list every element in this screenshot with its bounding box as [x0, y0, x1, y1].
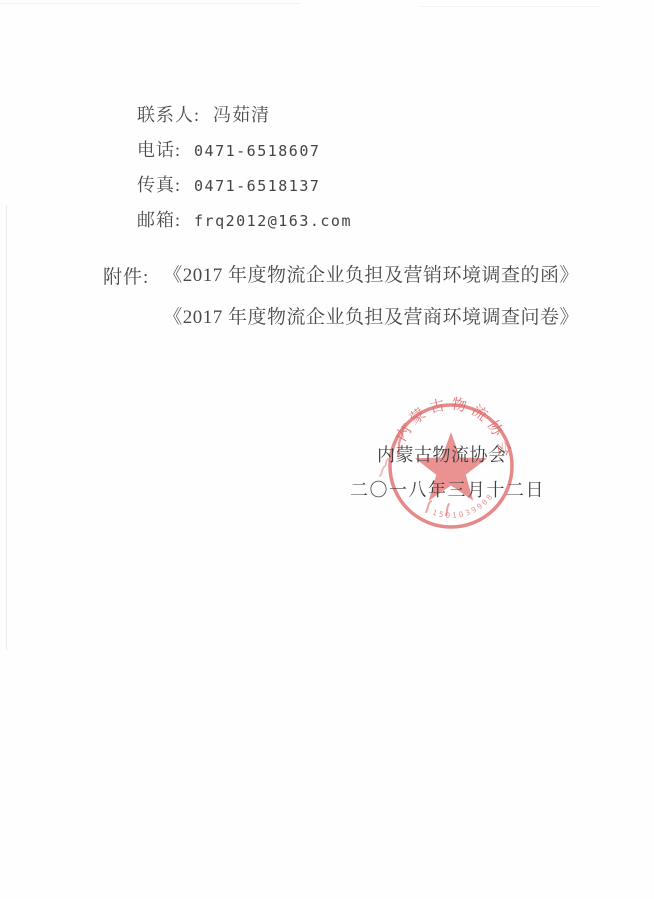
email-label: 邮箱:: [137, 210, 181, 230]
scan-artifact-top-edge: [0, 3, 300, 4]
contact-line-phone: 电话:0471-6518607: [137, 137, 352, 172]
scan-artifact-top-edge-2: [420, 6, 600, 7]
contact-person-value: 冯茹清: [213, 105, 270, 125]
phone-label: 电话:: [137, 140, 181, 160]
phone-value: 0471-6518607: [194, 142, 320, 160]
attachments-label: 附件:: [103, 262, 149, 289]
document-page: 联系人:冯茹清 电话:0471-6518607 传真:0471-6518137 …: [0, 0, 654, 899]
attachments-list: 《2017 年度物流企业负担及营销环境调查的函》 《2017 年度物流企业负担及…: [163, 262, 579, 346]
document-date: 二〇一八年三月十二日: [350, 476, 545, 502]
attachments-block: 附件: 《2017 年度物流企业负担及营销环境调查的函》 《2017 年度物流企…: [103, 262, 579, 346]
attachment-item: 《2017 年度物流企业负担及营商环境调查问卷》: [163, 304, 579, 331]
contact-person-label: 联系人:: [137, 105, 200, 125]
scan-artifact-left-edge: [6, 205, 7, 650]
contact-line-email: 邮箱:frq2012@163.com: [137, 207, 352, 242]
fax-value: 0471-6518137: [194, 177, 320, 195]
contact-line-person: 联系人:冯茹清: [137, 102, 352, 137]
email-value: frq2012@163.com: [194, 212, 352, 230]
contact-info-block: 联系人:冯茹清 电话:0471-6518607 传真:0471-6518137 …: [137, 102, 352, 242]
organization-name: 内蒙古物流协会: [377, 441, 507, 467]
fax-label: 传真:: [137, 175, 181, 195]
attachment-item: 《2017 年度物流企业负担及营销环境调查的函》: [163, 262, 579, 289]
contact-line-fax: 传真:0471-6518137: [137, 172, 352, 207]
